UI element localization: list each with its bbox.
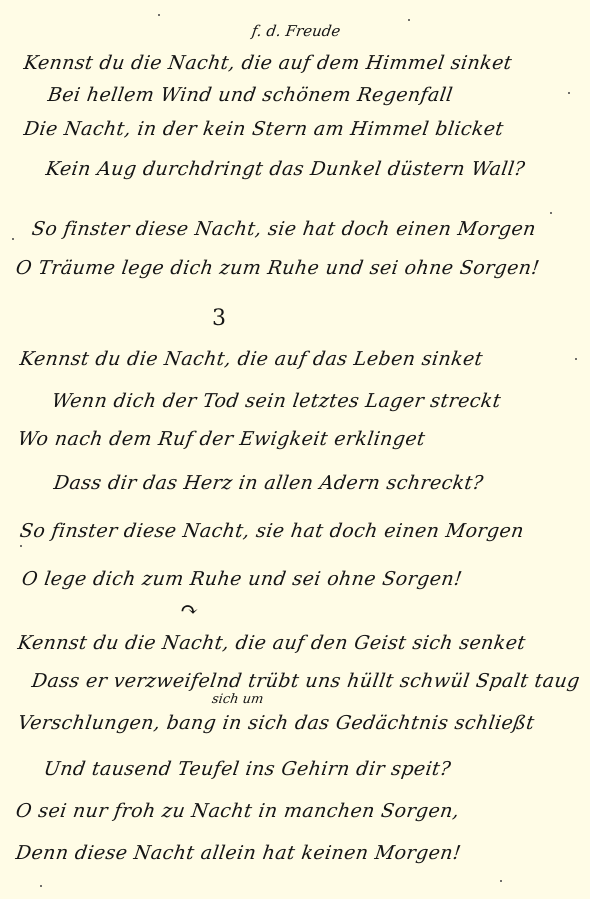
stanza-4-line-2: Dass er verzweifelnd trübt uns hüllt sch… bbox=[30, 670, 581, 692]
scan-speck bbox=[408, 19, 410, 21]
stanza-3-line-4: Dass dir das Herz in allen Adern schreck… bbox=[52, 472, 484, 494]
stanza-1-line-1: Kennst du die Nacht, die auf dem Himmel … bbox=[22, 52, 513, 74]
scan-speck bbox=[12, 238, 14, 240]
scan-speck bbox=[20, 545, 22, 547]
stanza-3-line-5: So finster diese Nacht, sie hat doch ein… bbox=[18, 520, 525, 542]
stanza-4-line-3: Verschlungen, bang in sich das Gedächtni… bbox=[16, 712, 535, 734]
stanza-1-line-2: Bei hellem Wind und schönem Regenfall bbox=[46, 84, 454, 106]
insertion-above: sich um bbox=[211, 692, 264, 707]
stanza-1-line-4: Kein Aug durchdringt das Dunkel düstern … bbox=[44, 158, 526, 180]
scan-speck bbox=[568, 92, 570, 94]
scan-speck bbox=[158, 14, 160, 16]
stanza-2-line-1: So finster diese Nacht, sie hat doch ein… bbox=[30, 218, 537, 240]
scan-speck bbox=[40, 885, 42, 887]
scan-speck bbox=[575, 358, 577, 360]
stanza-4-line-1: Kennst du die Nacht, die auf den Geist s… bbox=[16, 632, 527, 654]
insertion-note: f. d. Freude bbox=[251, 22, 342, 40]
stanza-4-line-5: O sei nur froh zu Nacht in manchen Sorge… bbox=[14, 800, 460, 822]
stanza-3-line-2: Wenn dich der Tod sein letztes Lager str… bbox=[50, 390, 502, 412]
scan-speck bbox=[500, 880, 502, 882]
stanza-3-line-3: Wo nach dem Ruf der Ewigkeit erklinget bbox=[16, 428, 426, 450]
manuscript-page: f. d. Freude Kennst du die Nacht, die au… bbox=[0, 0, 590, 899]
stanza-1-line-3: Die Nacht, in der kein Stern am Himmel b… bbox=[22, 118, 505, 140]
stanza-3-line-6: O lege dich zum Ruhe und sei ohne Sorgen… bbox=[20, 568, 463, 590]
stanza-4-line-6: Denn diese Nacht allein hat keinen Morge… bbox=[14, 842, 462, 864]
stanza-2-line-2: O Träume lege dich zum Ruhe und sei ohne… bbox=[14, 257, 541, 279]
arrow-marker-icon: ↷ bbox=[180, 598, 198, 623]
section-marker: 3 bbox=[212, 306, 226, 331]
stanza-3-line-1: Kennst du die Nacht, die auf das Leben s… bbox=[18, 348, 484, 370]
scan-speck bbox=[550, 212, 552, 214]
stanza-4-line-4: Und tausend Teufel ins Gehirn dir speit? bbox=[42, 758, 452, 780]
